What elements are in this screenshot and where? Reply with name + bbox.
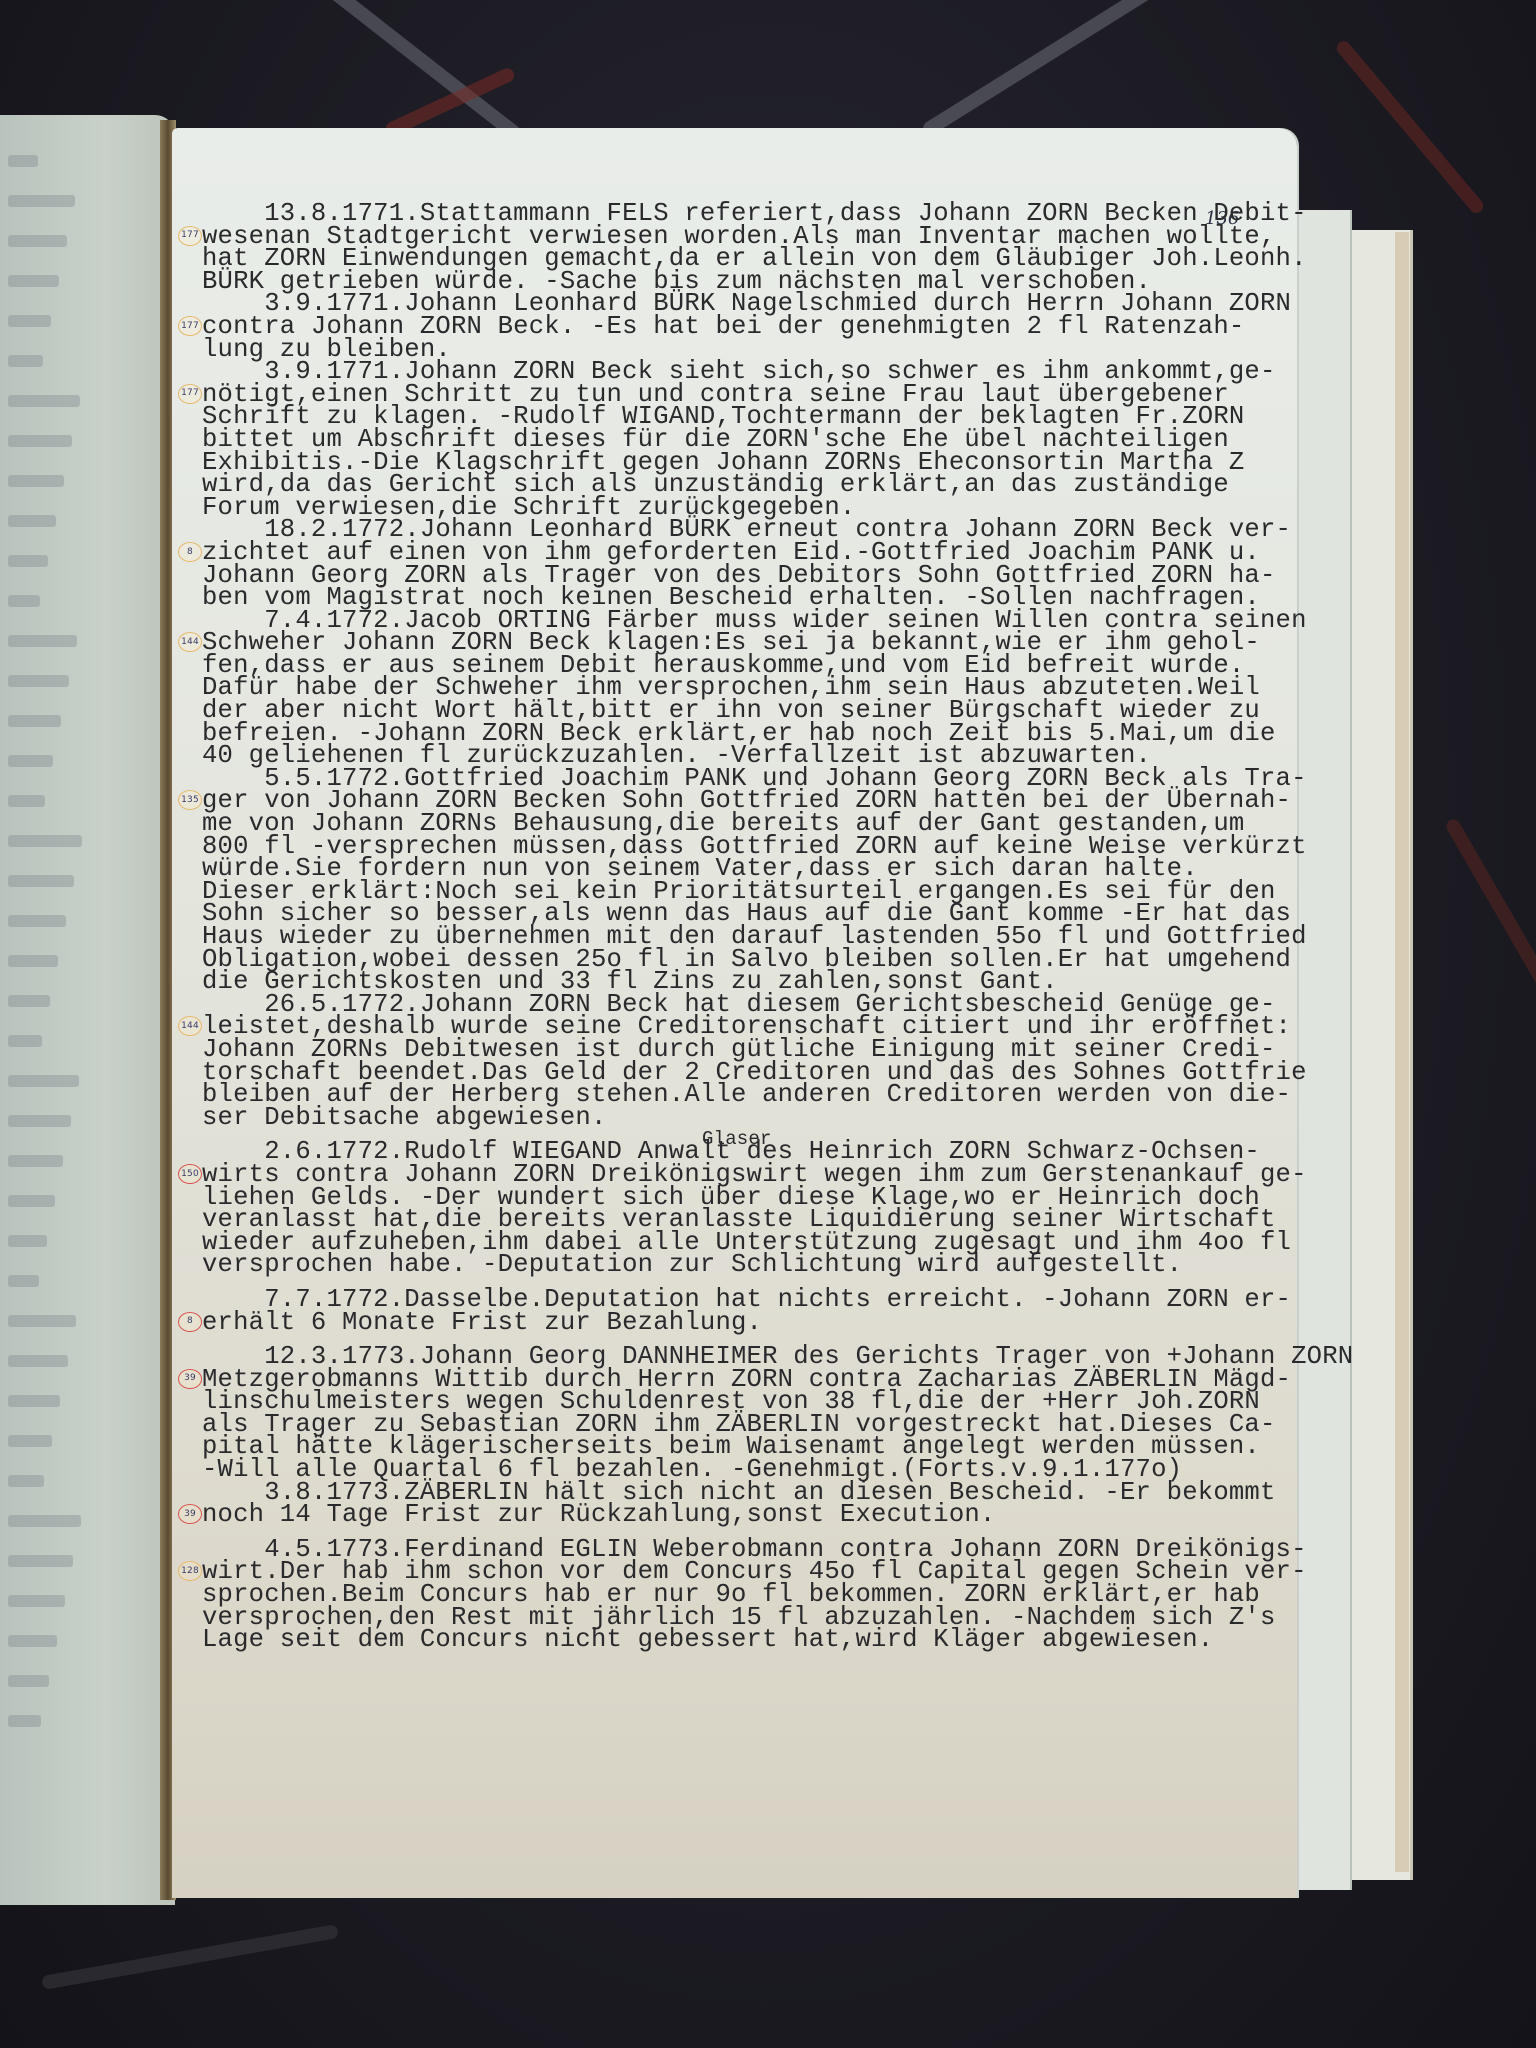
facing-page-text-ghost xyxy=(8,1715,41,1727)
background-streak xyxy=(921,0,1200,138)
facing-page-text-ghost xyxy=(8,315,51,327)
facing-page-text-ghost xyxy=(8,1035,42,1047)
court-entry: 12.3.1773.Johann Georg DANNHEIMER des Ge… xyxy=(202,1346,1297,1482)
facing-page-text-ghost xyxy=(8,1435,52,1447)
court-entry: 5.5.1772.Gottfried Joachim PANK und Joha… xyxy=(202,768,1297,994)
facing-page-text-ghost xyxy=(8,555,48,567)
court-entry: 3.9.1771.Johann ZORN Beck sieht sich,so … xyxy=(202,361,1297,519)
facing-page-text-ghost xyxy=(8,915,66,927)
facing-page-text-ghost xyxy=(8,875,74,887)
facing-page-text-ghost xyxy=(8,1235,47,1247)
facing-page-text-ghost xyxy=(8,835,82,847)
margin-annotation: 135 xyxy=(178,790,202,810)
background-streak xyxy=(1334,38,1486,216)
court-entry: 7.7.1772.Dasselbe.Deputation hat nichts … xyxy=(202,1289,1297,1334)
facing-page-text-ghost xyxy=(8,1675,49,1687)
facing-page-text-ghost xyxy=(8,1155,63,1167)
court-entry: 4.5.1773.Ferdinand EGLIN Weberobmann con… xyxy=(202,1539,1297,1652)
facing-page-text-ghost xyxy=(8,1195,55,1207)
court-entry: 13.8.1771.Stattammann FELS referiert,das… xyxy=(202,203,1297,293)
typewritten-text: 13.8.1771.Stattammann FELS referiert,das… xyxy=(202,203,1297,1652)
margin-annotation: 177 xyxy=(178,226,202,246)
text-line: erhält 6 Monate Frist zur Bezahlung. xyxy=(202,1312,1297,1335)
court-entry: 7.4.1772.Jacob ORTING Färber muss wider … xyxy=(202,610,1297,768)
facing-page-text-ghost xyxy=(8,675,69,687)
facing-page-text-ghost xyxy=(8,1115,71,1127)
facing-page-text-ghost xyxy=(8,515,56,527)
facing-page-text-ghost xyxy=(8,1315,76,1327)
court-entry: 26.5.1772.Johann ZORN Beck hat diesem Ge… xyxy=(202,994,1297,1130)
text-line: versprochen habe. -Deputation zur Schlic… xyxy=(202,1254,1297,1277)
facing-page-text-ghost xyxy=(8,355,43,367)
facing-page-text-ghost xyxy=(8,1355,68,1367)
facing-page-text-ghost xyxy=(8,155,38,167)
facing-page-text-ghost xyxy=(8,1395,60,1407)
court-entry: 2.6.1772.Rudolf WIEGAND Anwalt des Heinr… xyxy=(202,1141,1297,1277)
facing-page-text-ghost xyxy=(8,1515,81,1527)
facing-page-text-ghost xyxy=(8,755,53,767)
margin-annotation: 177 xyxy=(178,316,202,336)
facing-page-text-ghost xyxy=(8,275,59,287)
margin-annotation: 8 xyxy=(178,1312,202,1332)
text-line: ser Debitsache abgewiesen. xyxy=(202,1107,1297,1130)
facing-page-text-ghost xyxy=(8,1555,73,1567)
margin-annotation: 144 xyxy=(178,632,202,652)
facing-page-text-ghost xyxy=(8,1275,39,1287)
facing-page-text-ghost xyxy=(8,995,50,1007)
facing-page-text-ghost xyxy=(8,235,67,247)
facing-page-text-ghost xyxy=(8,635,77,647)
document-page: 136 13.8.1771.Stattammann FELS referiert… xyxy=(172,128,1297,1898)
margin-annotation: 39 xyxy=(178,1504,202,1524)
page-stack-edge xyxy=(1290,210,1352,1890)
margin-annotation: 39 xyxy=(178,1369,202,1389)
facing-page-text-ghost xyxy=(8,1075,79,1087)
facing-page-text-ghost xyxy=(8,395,80,407)
facing-page-text-ghost xyxy=(8,435,72,447)
facing-page-text-ghost xyxy=(8,1635,57,1647)
text-line: Lage seit dem Concurs nicht gebessert ha… xyxy=(202,1629,1297,1652)
facing-page-text-ghost xyxy=(8,955,58,967)
court-entry: 3.8.1773.ZÄBERLIN hält sich nicht an die… xyxy=(202,1482,1297,1527)
handwritten-insert: Glaser xyxy=(702,1128,772,1151)
facing-page-text-ghost xyxy=(8,195,75,207)
margin-annotation: 177 xyxy=(178,384,202,404)
margin-annotation: 150 xyxy=(178,1164,202,1184)
facing-page xyxy=(0,115,175,1905)
margin-annotation: 128 xyxy=(178,1561,202,1581)
page-stack-edge xyxy=(1395,232,1409,1872)
background-streak xyxy=(1444,817,1536,997)
court-entry: 18.2.1772.Johann Leonhard BÜRK erneut co… xyxy=(202,519,1297,609)
facing-page-text-ghost xyxy=(8,795,45,807)
background-streak xyxy=(41,1924,339,1990)
margin-annotation: 8 xyxy=(178,542,202,562)
margin-annotation: 144 xyxy=(178,1016,202,1036)
court-entry: 3.9.1771.Johann Leonhard BÜRK Nagelschmi… xyxy=(202,293,1297,361)
facing-page-text-ghost xyxy=(8,715,61,727)
facing-page-text-ghost xyxy=(8,595,40,607)
facing-page-text-ghost xyxy=(8,475,64,487)
facing-page-text-ghost xyxy=(8,1595,65,1607)
text-line: noch 14 Tage Frist zur Rückzahlung,sonst… xyxy=(202,1504,1297,1527)
facing-page-text-ghost xyxy=(8,1475,44,1487)
